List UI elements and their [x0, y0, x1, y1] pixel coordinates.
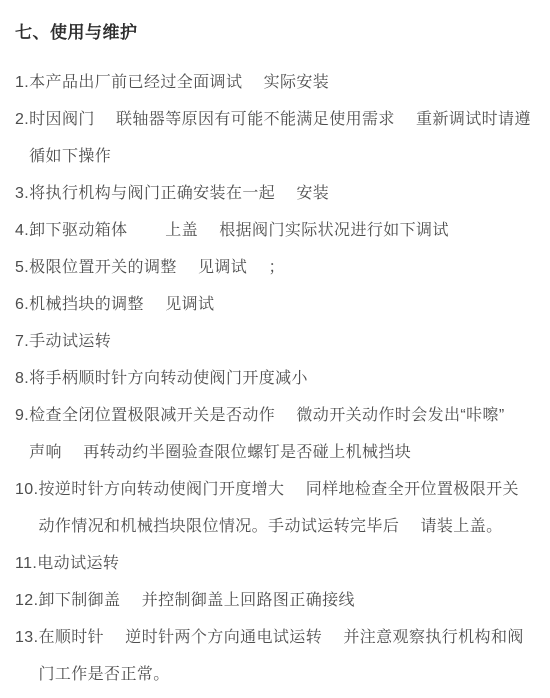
- instruction-list: 1. 本产品出厂前已经过全面调试 实际安装 2. 时因阀门 联轴器等原因有可能不…: [15, 64, 540, 693]
- item-text: 卸下制御盖 并控制御盖上回路图正确接线: [38, 582, 540, 619]
- item-number: 6.: [15, 286, 29, 323]
- item-number: 3.: [15, 175, 29, 212]
- item-text: 机械挡块的调整 见调试: [29, 286, 540, 323]
- item-number: 11.: [15, 545, 37, 582]
- item-text: 电动试运转: [37, 545, 540, 582]
- list-item: 13. 在顺时针 逆时针两个方向通电试运转 并注意观察执行机构和阀 门工作是否正…: [15, 619, 540, 693]
- list-item: 7. 手动试运转: [15, 323, 540, 360]
- item-number: 5.: [15, 249, 29, 286]
- item-text: 本产品出厂前已经过全面调试 实际安装: [29, 64, 540, 101]
- list-item: 1. 本产品出厂前已经过全面调试 实际安装: [15, 64, 540, 101]
- item-text: 检查全闭位置极限减开关是否动作 微动开关动作时会发出“咔嚓” 声响 再转动约半圈…: [29, 397, 540, 471]
- list-item: 12. 卸下制御盖 并控制御盖上回路图正确接线: [15, 582, 540, 619]
- item-number: 9.: [15, 397, 29, 434]
- item-text: 将手柄顺时针方向转动使阀门开度减小: [29, 360, 540, 397]
- item-number: 4.: [15, 212, 29, 249]
- item-text: 将执行机构与阀门正确安装在一起 安装: [29, 175, 540, 212]
- item-text: 卸下驱动箱体 上盖 根据阀门实际状况进行如下调试: [29, 212, 540, 249]
- item-number: 12.: [15, 582, 38, 619]
- manual-page: 七、使用与维护 1. 本产品出厂前已经过全面调试 实际安装 2. 时因阀门 联轴…: [0, 0, 550, 693]
- list-item: 8. 将手柄顺时针方向转动使阀门开度减小: [15, 360, 540, 397]
- list-item: 5. 极限位置开关的调整 见调试 ；: [15, 249, 540, 286]
- list-item: 10. 按逆时针方向转动使阀门开度增大 同样地检查全开位置极限开关 动作情况和机…: [15, 471, 540, 545]
- item-text: 时因阀门 联轴器等原因有可能不能满足使用需求 重新调试时请遵 循如下操作: [29, 101, 540, 175]
- list-item: 11. 电动试运转: [15, 545, 540, 582]
- item-number: 13.: [15, 619, 38, 656]
- item-number: 7.: [15, 323, 29, 360]
- section-title: 七、使用与维护: [15, 19, 540, 46]
- item-number: 1.: [15, 64, 29, 101]
- list-item: 2. 时因阀门 联轴器等原因有可能不能满足使用需求 重新调试时请遵 循如下操作: [15, 101, 540, 175]
- list-item: 3. 将执行机构与阀门正确安装在一起 安装: [15, 175, 540, 212]
- list-item: 9. 检查全闭位置极限减开关是否动作 微动开关动作时会发出“咔嚓” 声响 再转动…: [15, 397, 540, 471]
- item-text: 手动试运转: [29, 323, 540, 360]
- item-number: 8.: [15, 360, 29, 397]
- item-text: 极限位置开关的调整 见调试 ；: [29, 249, 540, 286]
- item-number: 10.: [15, 471, 38, 508]
- item-number: 2.: [15, 101, 29, 138]
- item-text: 按逆时针方向转动使阀门开度增大 同样地检查全开位置极限开关 动作情况和机械挡块限…: [38, 471, 540, 545]
- list-item: 4. 卸下驱动箱体 上盖 根据阀门实际状况进行如下调试: [15, 212, 540, 249]
- item-text: 在顺时针 逆时针两个方向通电试运转 并注意观察执行机构和阀 门工作是否正常。: [38, 619, 540, 693]
- list-item: 6. 机械挡块的调整 见调试: [15, 286, 540, 323]
